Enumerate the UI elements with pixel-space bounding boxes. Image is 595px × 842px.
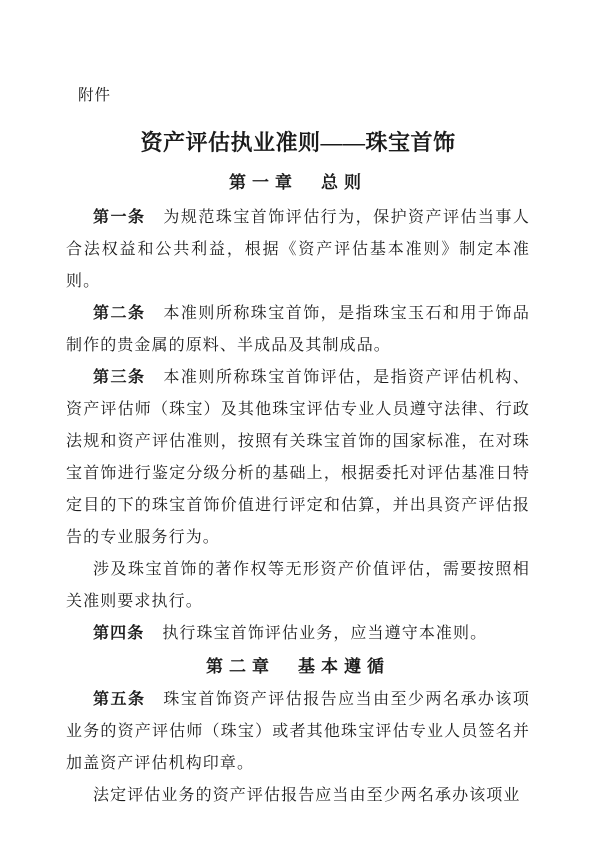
article-1-paragraph: 第一条为规范珠宝首饰评估行为，保护资产评估当事人合法权益和公共利益，根据《资产评… [66,202,530,298]
article-3-number: 第三条 [93,369,145,386]
article-4-number: 第四条 [93,625,144,642]
article-5-paragraph: 第五条珠宝首饰资产评估报告应当由至少两名承办该项业务的资产评估师（珠宝）或者其他… [66,684,530,780]
article-5-continuation-paragraph: 法定评估业务的资产评估报告应当由至少两名承办该项业 [66,780,530,812]
article-4-text: 执行珠宝首饰评估业务，应当遵守本准则。 [162,625,487,642]
chapter-1-heading: 第一章 总则 [66,170,530,196]
article-2-number: 第二条 [93,305,145,322]
article-4-paragraph: 第四条执行珠宝首饰评估业务，应当遵守本准则。 [66,618,530,650]
article-1-number: 第一条 [93,209,145,226]
article-5-number: 第五条 [93,691,145,708]
article-3-paragraph: 第三条本准则所称珠宝首饰评估，是指资产评估机构、资产评估师（珠宝）及其他珠宝评估… [66,362,530,554]
attachment-label: 附件 [78,86,530,106]
article-3-note-paragraph: 涉及珠宝首饰的著作权等无形资产价值评估，需要按照相关准则要求执行。 [66,554,530,618]
article-2-paragraph: 第二条本准则所称珠宝首饰，是指珠宝玉石和用于饰品制作的贵金属的原料、半成品及其制… [66,298,530,362]
article-3-text: 本准则所称珠宝首饰评估，是指资产评估机构、资产评估师（珠宝）及其他珠宝评估专业人… [66,369,530,546]
document-page: 附件 资产评估执业准则——珠宝首饰 第一章 总则 第一条为规范珠宝首饰评估行为，… [0,0,595,842]
document-title: 资产评估执业准则——珠宝首饰 [66,128,530,158]
chapter-2-heading: 第二章 基本遵循 [66,654,530,680]
